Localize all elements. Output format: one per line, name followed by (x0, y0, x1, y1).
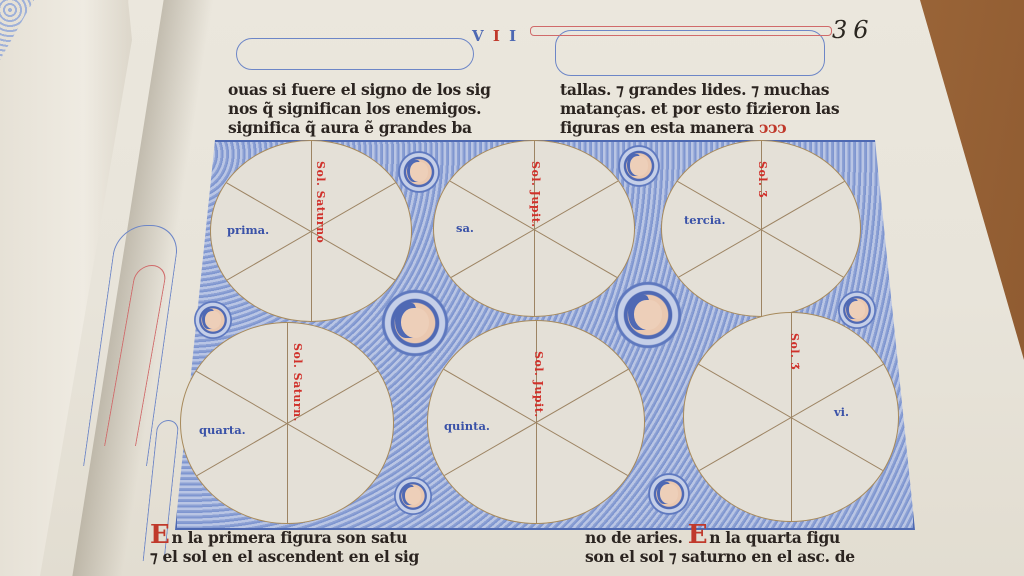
text-line: nos q̃ significan los enemigos. (228, 99, 491, 118)
chapter-rubric: V I I (472, 27, 518, 45)
text-left-top: ouas si fuere el signo de los sig nos q̃… (228, 80, 491, 137)
figure-rubric-label: Sol. Saturno (314, 161, 327, 243)
figure-rubric-label: Sol. Jupit. (529, 161, 542, 228)
figure-circle-6: Sol. Ʒ̃ vi. (683, 312, 899, 522)
header-flourish-left (236, 38, 474, 70)
text-line-with-initial: En la primera figura son satu (150, 526, 419, 547)
figure-circle-2: Sol. Jupit. sa. (433, 140, 635, 317)
text-line: n la primera figura son satu (172, 528, 408, 547)
rubric-i: I (493, 27, 502, 45)
header-flourish-right (555, 30, 825, 76)
figure-ordinal-label: vi. (834, 405, 849, 419)
figure-rubric-label: Sol. Ʒ̃ (788, 333, 801, 370)
astrological-figures-diagram: Sol. Saturno prima. Sol. Jupit. sa. Sol.… (175, 140, 915, 530)
figure-circle-4: Sol. Saturn. quarta. (180, 322, 394, 524)
text-left-bottom: En la primera figura son satu ⁊ el sol e… (150, 526, 419, 566)
text-right-top: tallas. ⁊ grandes lides. ⁊ muchas matanç… (560, 80, 839, 137)
face-medallion (393, 476, 433, 516)
figure-ordinal-label: quarta. (199, 423, 246, 437)
figure-rubric-label: Sol. Ʒ (756, 161, 769, 198)
text-line: ⁊ el sol en el ascendent en el sig (150, 547, 419, 566)
face-medallion (613, 280, 683, 350)
text-line: matanças. et por esto fizieron las (560, 99, 839, 118)
rubricated-initial: E (150, 520, 170, 550)
rubricated-initial: E (688, 520, 708, 550)
face-medallion (617, 144, 661, 188)
header-flourish-red (530, 26, 832, 36)
figure-ordinal-label: prima. (227, 223, 269, 237)
rubric-i-second: I (509, 27, 518, 45)
folio-number: 36 (832, 16, 875, 44)
figure-circle-1: Sol. Saturno prima. (210, 140, 412, 322)
face-medallion (380, 288, 450, 358)
figure-circle-3: Sol. Ʒ tercia. (661, 140, 861, 317)
figure-ordinal-label: sa. (456, 221, 474, 235)
face-medallion (193, 300, 233, 340)
figure-rubric-label: Sol. Jupit. (532, 351, 545, 418)
figure-rubric-label: Sol. Saturn. (291, 343, 304, 422)
figure-ordinal-label: tercia. (684, 213, 726, 227)
text-line: son el sol ⁊ saturno en el asc. de (585, 547, 855, 566)
text-line-with-filler: figuras en esta manera ↄↄↄ (560, 118, 839, 137)
text-line: figuras en esta manera (560, 118, 754, 137)
line-filler-ornament: ↄↄↄ (759, 118, 786, 137)
text-line: significa q̃ aura ẽ grandes ba (228, 118, 491, 137)
text-line: no de aries. (585, 528, 683, 547)
text-line-with-initial: no de aries. En la quarta figu (585, 526, 855, 547)
figure-circle-5: Sol. Jupit. quinta. (427, 320, 645, 524)
text-right-bottom: no de aries. En la quarta figu son el so… (585, 526, 855, 566)
text-line: tallas. ⁊ grandes lides. ⁊ muchas (560, 80, 839, 99)
figure-ordinal-label: quinta. (444, 419, 490, 433)
text-line: n la quarta figu (709, 528, 840, 547)
text-line: ouas si fuere el signo de los sig (228, 80, 491, 99)
rubric-v: V (472, 27, 486, 45)
corner-ornament (0, 0, 36, 62)
